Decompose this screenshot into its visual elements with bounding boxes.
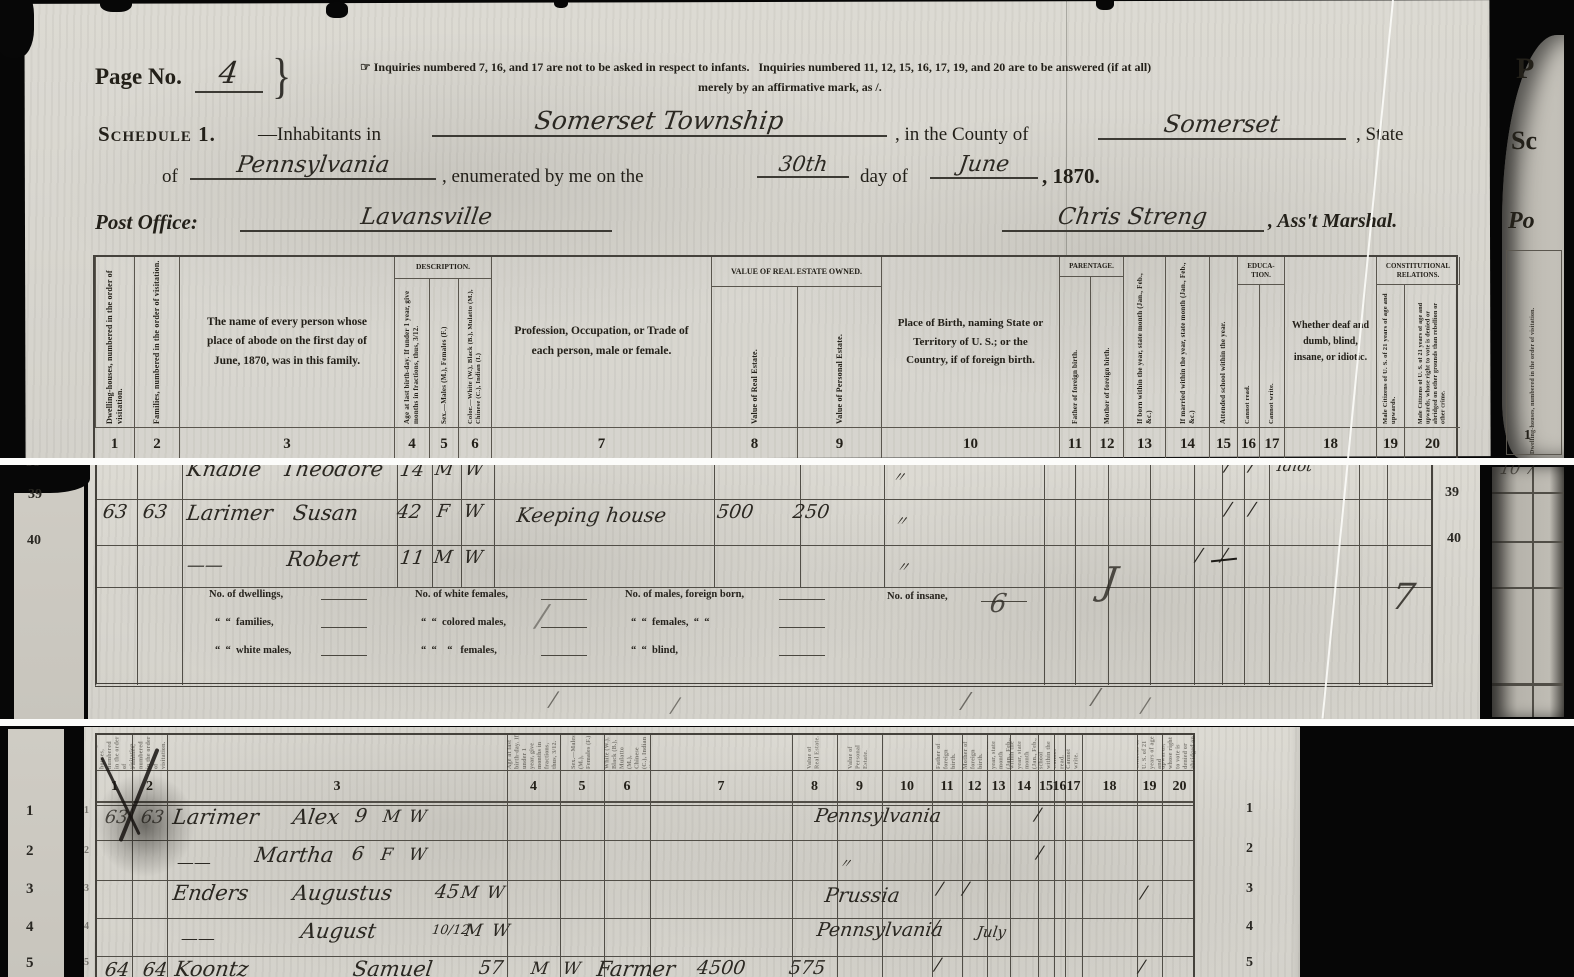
township-value: Somerset Township [533, 106, 786, 135]
col-2-heading: Families, numbered in the order of visit… [152, 260, 162, 424]
line-number-left-40: 40 [27, 533, 41, 549]
row39-sex: F [436, 501, 451, 522]
fragment-post-office-label: Po [1508, 208, 1535, 235]
row40-age: 11 [398, 547, 425, 569]
col-8-header: Value of Real Estate. [712, 287, 798, 427]
group-parentage: Parentage. [1060, 257, 1124, 277]
tally-colored-females-label: “ “ “ females, [421, 645, 497, 656]
col-number-4: 4 [507, 772, 560, 802]
col-15-header: Attended school within the year. [1210, 257, 1238, 427]
row38-sex: M [434, 465, 455, 480]
row2-sex: F [380, 845, 395, 865]
ink-smudge [95, 773, 195, 877]
line-number-left-38: 38 [26, 465, 40, 471]
record-grid: Knable Theodore 14 M W 〃 / / Idiot 63 63… [95, 465, 1433, 687]
col-5-heading: Sex.—Males (M.), Females (F.) [440, 282, 449, 424]
col-number-16: 16 [1238, 427, 1260, 458]
tally-colored-males-label: “ “ colored males, [421, 617, 506, 628]
col-number-19: 19 [1137, 772, 1162, 802]
row39-cannot-read-mark: / [1224, 499, 1233, 520]
row40-color: W [463, 547, 484, 568]
row5-family: 64 [141, 959, 168, 977]
torn-edge [1096, 0, 1114, 10]
col-number-3: 3 [180, 427, 395, 458]
heading-fragment: Value of Personal Estate. [848, 735, 871, 769]
col-13-header: If born within the year, state month (Ja… [1124, 257, 1166, 427]
heading-fragment: Age at last birth-day. If under 1 year, … [507, 735, 560, 769]
col-4-heading: Age at last birth-day. If under 1 year, … [403, 282, 421, 424]
row5-color: W [562, 959, 582, 977]
col-10-header: Place of Birth, naming State or Territor… [882, 257, 1060, 427]
col-11-header: Father of foreign birth. [1060, 277, 1091, 427]
row3-color: W [486, 883, 506, 903]
torn-edge [554, 0, 568, 8]
fragment-col1-box: Dwelling-houses, numbered in the order o… [1506, 250, 1562, 455]
col-16-header: Cannot read. [1238, 285, 1260, 427]
row2-birthplace-ditto: 〃 [838, 853, 854, 872]
col-4-heading-clipped: Age at last birth-day. If under 1 year, … [507, 735, 560, 769]
row4-given-name: August [299, 919, 377, 943]
col-3-heading: The name of every person whose place of … [194, 313, 380, 372]
post-office-blank: Lavansville [240, 204, 612, 232]
row4-name-dash: —— [180, 929, 217, 949]
col-number-13: 13 [987, 772, 1010, 802]
row39-occupation: Keeping house [515, 503, 668, 527]
page-line-3: 3 [84, 883, 89, 894]
col-12-heading: Mother of foreign birth. [1103, 280, 1112, 424]
row4-sex: M [464, 921, 484, 941]
col-20-header: Male Citizens of U. S. of 21 years of ag… [1405, 285, 1460, 427]
day-of-label: day of [860, 166, 908, 188]
col-number-5: 5 [430, 427, 459, 458]
heading-fragment: Cannot read. [1054, 735, 1065, 769]
fragment-page-label: P [1516, 52, 1534, 86]
row1-school-mark: / [1034, 805, 1043, 825]
line-number-right-2: 2 [1246, 841, 1253, 857]
col-number-11: 11 [932, 772, 962, 802]
group-constitutional: Constitutional Relations. [1377, 257, 1460, 285]
row40-sex: M [433, 547, 454, 568]
tally-dwellings-label: No. of dwellings, [209, 589, 283, 600]
row39-age: 42 [395, 501, 422, 523]
row38-cannot-write-mark: / [1248, 465, 1257, 476]
col-number-20: 20 [1162, 772, 1197, 802]
binding-edge [0, 465, 14, 719]
row5-age: 57 [477, 957, 504, 977]
page-line-2: 2 [84, 845, 89, 856]
month-value: June [957, 152, 1011, 177]
line-number-right-40: 40 [1447, 531, 1461, 547]
col-number-12: 12 [1091, 427, 1124, 458]
col-number-9: 9 [837, 772, 882, 802]
group-description: Description. [395, 257, 492, 279]
stray-pen-mark: 6 [988, 589, 1009, 619]
row4-color: W [491, 921, 511, 941]
row38-age: 14 [398, 465, 425, 481]
line-number-right-5: 5 [1246, 955, 1253, 971]
row40-name-dash: —— [186, 555, 225, 576]
post-office-label: Post Office: [95, 210, 198, 235]
fragment-col1-heading: Dwelling-houses, numbered in the order o… [1530, 251, 1538, 454]
row5-personal-estate: 575 [787, 957, 826, 977]
heading-fragment: Sex.—Males (M.), Females (F.) [571, 735, 594, 769]
col-number-14: 14 [1166, 427, 1210, 458]
row3-age: 45 [433, 881, 460, 903]
month-blank: June [930, 152, 1038, 179]
row3-birthplace: Prussia [823, 883, 901, 907]
row38-cannot-read-mark: / [1224, 465, 1233, 476]
census-scan-1870: Page No. 4 } ☞ Inquiries numbered 7, 16,… [0, 0, 1574, 977]
row5-occupation: Farmer [595, 957, 676, 977]
tally-males-foreign-blank [779, 589, 825, 600]
page-line-1: 1 [84, 805, 89, 816]
col-15-heading-clipped: Attended school within the year. [1038, 735, 1054, 769]
group-education: Educa-tion. [1238, 257, 1285, 285]
col-14-header: If married within the year, state month … [1166, 257, 1210, 427]
previous-page-margin [8, 729, 64, 977]
row38-remark: Idiot [1276, 465, 1314, 475]
col-10-heading: Place of Birth, naming State or Territor… [892, 314, 1049, 370]
note-line-1: ☞ Inquiries numbered 7, 16, and 17 are n… [360, 60, 1445, 75]
page-no-label: Page No. [95, 64, 182, 90]
state-value: Pennsylvania [235, 152, 391, 178]
row2-color: W [408, 845, 428, 865]
col-16-heading-clipped: Cannot read. [1054, 735, 1065, 769]
post-office-value: Lavansville [359, 204, 494, 230]
col-number-17: 17 [1065, 772, 1082, 802]
col-number-6: 6 [604, 772, 650, 802]
row39-color: W [463, 501, 484, 522]
row3-father-foreign-mark: / [936, 879, 945, 899]
col-number-4: 4 [395, 427, 430, 458]
col-17-header: Cannot write. [1260, 285, 1285, 427]
stray-pen-mark: J [1099, 559, 1120, 603]
heading-fragment: Male Citizens of U. S. of 21 years of ag… [1162, 735, 1197, 769]
row4-birth-month: July [976, 923, 1007, 941]
row4-birthplace: Pennsylvania [815, 919, 944, 941]
row2-given-name: Martha [253, 843, 335, 867]
torn-edge [0, 0, 34, 58]
col-number-17: 17 [1260, 427, 1285, 458]
marshal-name: Chris Streng [1057, 204, 1210, 230]
row3-sex: M [460, 883, 480, 903]
col-11-heading-clipped: Father of foreign birth. [932, 735, 962, 769]
row5-dwelling: 64 [103, 959, 130, 977]
col-7-header: Profession, Occupation, or Trade of each… [492, 257, 712, 427]
row39-dwelling: 63 [101, 501, 128, 523]
col-number-18: 18 [1082, 772, 1137, 802]
year-label: , 1870. [1042, 164, 1100, 189]
line-number-right-4: 4 [1246, 919, 1253, 935]
col-14-heading-clipped: If married within the year, state month … [1010, 735, 1038, 769]
col-number-16: 16 [1054, 772, 1065, 802]
row38-name: Knable Theodore [185, 465, 385, 481]
torn-edge [100, 0, 132, 12]
row5-sex: M [530, 959, 550, 977]
col-17-heading: Cannot write. [1268, 288, 1276, 424]
tally-females-foreign-blank [779, 617, 825, 628]
page-curl-shadow [1290, 725, 1574, 977]
tally-white-males-label: “ “ white males, [215, 645, 291, 656]
col-number-15: 15 [1210, 427, 1238, 458]
page-line-5: 5 [84, 957, 89, 968]
row39-name: Larimer Susan [185, 501, 359, 525]
tally-colored-males-blank [541, 617, 587, 628]
county-value: Somerset [1162, 110, 1281, 138]
col-number-9: 9 [798, 427, 882, 458]
col-11-heading: Father of foreign birth. [1071, 280, 1080, 424]
tally-colored-females-blank [541, 645, 587, 656]
col-16-heading: Cannot read. [1244, 288, 1252, 424]
col-8-heading: Value of Real Estate. [750, 290, 760, 424]
row5-father-foreign-mark: / [934, 955, 943, 975]
row39-real-estate: 500 [715, 501, 754, 523]
col-9-header: Value of Personal Estate. [798, 287, 882, 427]
row39-family: 63 [141, 501, 168, 523]
col-number-12: 12 [962, 772, 987, 802]
state-blank: Pennsylvania [190, 152, 436, 180]
col-15-heading: Attended school within the year. [1219, 260, 1228, 424]
line-number-left-39: 39 [28, 487, 42, 503]
col-number-19: 19 [1377, 427, 1405, 458]
col-13-heading: If born within the year, state month (Ja… [1136, 260, 1154, 424]
col-17-heading-clipped: Cannot write. [1065, 735, 1082, 769]
col-20-heading: Male Citizens of U. S. of 21 years of ag… [1418, 288, 1448, 424]
row1-birthplace: Pennsylvania [813, 805, 942, 827]
scan-gap [0, 458, 1574, 465]
row3-male-citizen-mark: / [1140, 883, 1149, 903]
heading-fragment: Attended school within the year. [1038, 735, 1054, 769]
page-no-blank: 4 [195, 56, 263, 93]
row39-cannot-write-mark: / [1248, 499, 1257, 520]
col-20-heading-clipped: Male Citizens of U. S. of 21 years of ag… [1162, 735, 1197, 769]
col-number-7: 7 [492, 427, 712, 458]
tally-females-foreign-label: “ “ females, “ “ [631, 617, 709, 628]
row5-real-estate: 4500 [695, 957, 746, 977]
row40-birthplace-ditto: 〃 [895, 557, 912, 577]
col-1-header: Dwelling-houses, numbered in the order o… [95, 257, 135, 427]
row40-school-mark: / [1195, 545, 1204, 566]
prev-line-5: 5 [26, 955, 34, 972]
scan-strip-rows-1-5: 1 2 3 4 5 1 2 3 4 5 Dwelling-houses, num… [0, 725, 1574, 977]
row1-age: 9 [353, 805, 368, 827]
col-number-10: 10 [882, 427, 1060, 458]
row3-given-name: Augustus [291, 881, 394, 905]
day-value: 30th [777, 152, 829, 176]
heading-fragment: Male Citizens of U. S. of 21 years of ag… [1137, 735, 1162, 769]
col-19-heading-clipped: Male Citizens of U. S. of 21 years of ag… [1137, 735, 1162, 769]
col-18-header: Whether deaf and dumb, blind, insane, or… [1285, 257, 1377, 427]
col-14-heading: If married within the year, state month … [1179, 260, 1197, 424]
tally-males-foreign-label: No. of males, foreign born, [625, 589, 744, 600]
row5-surname: Koontz [173, 957, 250, 977]
group-real-estate: Value of Real Estate Owned. [712, 257, 882, 287]
col-6-heading: Color.—White (W.), Black (B.), Mulatto (… [467, 282, 483, 424]
col-number-10: 10 [882, 772, 932, 802]
tally-families-blank [321, 617, 367, 628]
row2-age: 6 [350, 843, 365, 865]
county-blank: Somerset [1098, 110, 1346, 140]
heading-fragment: If married within the year, state month … [1010, 735, 1038, 769]
heading-fragment: If born within the year, state month (Ja… [987, 735, 1010, 769]
enumerated-label: , enumerated by me on the [442, 166, 644, 188]
col-19-heading: Male Citizens of U. S. of 21 years of ag… [1382, 288, 1398, 424]
tally-blind-blank [779, 645, 825, 656]
brace: } [272, 46, 291, 105]
col-number-5: 5 [560, 772, 604, 802]
record-grid: Dwelling-houses, numbered in the order o… [95, 733, 1195, 977]
col-5-heading-clipped: Sex.—Males (M.), Females (F.) [560, 735, 604, 769]
left-margin [14, 465, 84, 719]
col-3-header: The name of every person whose place of … [180, 257, 395, 427]
col-12-heading-clipped: Mother of foreign birth. [962, 735, 987, 769]
col-4-header: Age at last birth-day. If under 1 year, … [395, 279, 430, 427]
page-no-value: 4 [217, 56, 241, 91]
heading-fragment: Father of foreign birth. [936, 735, 959, 769]
marshal-blank: Chris Streng [1002, 204, 1264, 232]
row1-sex: M [382, 807, 402, 827]
col-number-1: 1 [95, 427, 135, 458]
stray-pen-mark: 7 [1389, 577, 1418, 618]
row40-cannot-read-mark: / [1220, 545, 1229, 566]
row5-given-name: Samuel [351, 957, 434, 977]
of-word: of [162, 166, 178, 188]
col-8-heading-clipped: Value of Real Estate. [792, 735, 837, 769]
prev-line-2: 2 [26, 843, 34, 860]
heading-fragment: Color.—White (W.), Black (B.), Mulatto (… [604, 735, 650, 769]
col-number-8: 8 [792, 772, 837, 802]
col-number-11: 11 [1060, 427, 1091, 458]
col-5-header: Sex.—Males (M.), Females (F.) [430, 279, 459, 427]
row3-surname: Enders [171, 881, 250, 905]
scan-strip-rows-38-40: 38 39 40 Knable Theodore 14 M W 〃 / / Id… [0, 465, 1574, 719]
row3-mother-foreign-mark: / [962, 879, 971, 899]
col-9-heading: Value of Personal Estate. [835, 290, 845, 424]
col-number-20: 20 [1405, 427, 1460, 458]
row1-color: W [408, 807, 428, 827]
row1-given-name: Alex [291, 805, 341, 829]
col-number-7: 7 [650, 772, 792, 802]
scan-gap [0, 719, 1574, 726]
fragment-schedule-label: Sc [1511, 126, 1537, 156]
schedule-text: —Inhabitants in [258, 124, 381, 146]
adjacent-page-edge [1492, 467, 1564, 717]
col-13-heading-clipped: If born within the year, state month (Ja… [987, 735, 1010, 769]
heading-fragment: Mother of foreign birth. [963, 735, 986, 769]
prev-line-1: 1 [26, 803, 34, 820]
row39-birthplace-ditto: 〃 [893, 511, 910, 531]
fragment-handwriting: 10 7 [1499, 465, 1537, 478]
row39-personal-estate: 250 [791, 501, 830, 523]
col-number-6: 6 [459, 427, 492, 458]
col-number-3: 3 [167, 772, 507, 802]
col-19-header: Male Citizens of U. S. of 21 years of ag… [1377, 285, 1405, 427]
fragment-col1-number: 1 [1524, 428, 1531, 444]
row38-birthplace-ditto: 〃 [891, 467, 908, 487]
heading-fragment: Cannot write. [1066, 735, 1081, 769]
col-number-2: 2 [135, 427, 180, 458]
row40-name: Robert [285, 547, 361, 571]
row38-color: W [464, 465, 485, 480]
tally-insane-label: No. of insane, [887, 591, 948, 602]
prev-line-3: 3 [26, 881, 34, 898]
col-number-18: 18 [1285, 427, 1377, 458]
township-blank: Somerset Township [432, 106, 887, 137]
col-6-header: Color.—White (W.), Black (B.), Mulatto (… [459, 279, 492, 427]
col-number-13: 13 [1124, 427, 1166, 458]
prev-line-4: 4 [26, 919, 34, 936]
col-7-heading: Profession, Occupation, or Trade of each… [512, 322, 691, 361]
col-1-heading: Dwelling-houses, numbered in the order o… [105, 260, 125, 424]
tally-blind-label: “ “ blind, [631, 645, 678, 656]
schedule-label: Schedule 1. [98, 122, 216, 147]
day-blank: 30th [757, 152, 849, 178]
col-number-8: 8 [712, 427, 798, 458]
page-line-4: 4 [84, 921, 89, 932]
torn-edge [326, 2, 348, 18]
line-number-right-39: 39 [1445, 485, 1459, 501]
line-number-right-1: 1 [1246, 801, 1253, 817]
marshal-label: , Ass't Marshal. [1268, 210, 1397, 233]
county-label: , in the County of [895, 124, 1029, 146]
column-header-table: Description. Value of Real Estate Owned.… [93, 255, 1458, 458]
heading-fragment: Value of Real Estate. [807, 735, 822, 769]
row5-male-citizen-mark: / [1138, 957, 1147, 977]
scan-strip-header: Page No. 4 } ☞ Inquiries numbered 7, 16,… [0, 0, 1574, 458]
tally-dwellings-blank [321, 589, 367, 600]
tally-families-label: “ “ families, [215, 617, 274, 628]
col-number-14: 14 [1010, 772, 1038, 802]
line-number-right-3: 3 [1246, 881, 1253, 897]
col-9-heading-clipped: Value of Personal Estate. [837, 735, 882, 769]
col-2-header: Families, numbered in the order of visit… [135, 257, 180, 427]
note-line-2: merely by an affirmative mark, as /. [698, 80, 882, 95]
col-6-heading-clipped: Color.—White (W.), Black (B.), Mulatto (… [604, 735, 650, 769]
tally-white-males-blank [321, 645, 367, 656]
row2-school-mark: / [1036, 843, 1045, 863]
tally-white-females-label: No. of white females, [415, 589, 508, 600]
col-12-header: Mother of foreign birth. [1091, 277, 1124, 427]
